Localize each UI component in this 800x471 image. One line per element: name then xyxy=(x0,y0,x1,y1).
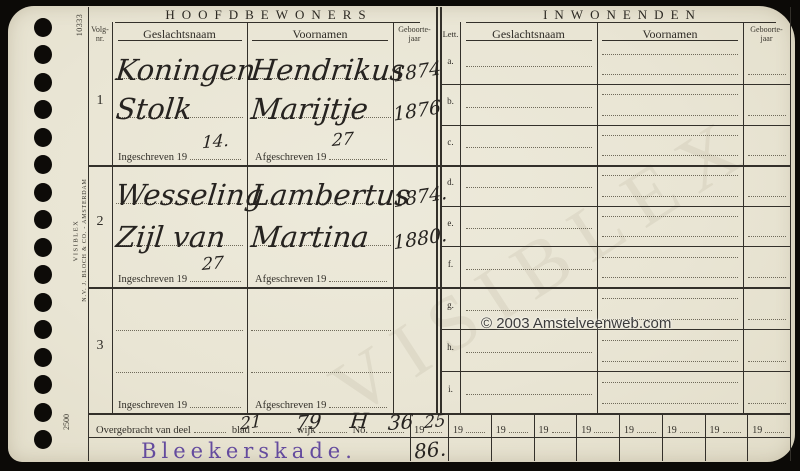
dotted-rule xyxy=(116,330,243,331)
volgnr-value: 2 xyxy=(88,214,112,230)
column-header-geboortejaar-right: Geboorte- jaar xyxy=(743,25,790,43)
ingeschreven-cell: Ingeschreven 19 xyxy=(112,388,247,411)
rule-line xyxy=(466,40,592,41)
dotted-rule xyxy=(602,298,738,299)
punch-hole xyxy=(34,73,52,92)
dotted-rule xyxy=(466,269,592,270)
punch-hole xyxy=(34,183,52,202)
year-column-cell: 19 xyxy=(662,414,705,436)
dotted-rule xyxy=(602,135,738,136)
lodger-letter: b. xyxy=(441,96,460,106)
handwritten-house-number: 86. xyxy=(413,436,447,463)
handwritten-blad: 79 xyxy=(295,409,322,436)
punch-hole xyxy=(34,210,52,229)
dotted-rule xyxy=(748,74,786,75)
volgnr-value: 3 xyxy=(88,338,112,354)
handwritten-first-year: 25 xyxy=(424,411,446,433)
lodger-letter: f. xyxy=(441,259,460,269)
dotted-rule xyxy=(466,394,592,395)
punch-hole xyxy=(34,430,52,449)
dotted-rule xyxy=(602,115,738,116)
dotted-rule xyxy=(602,257,738,258)
rule-line xyxy=(88,165,790,167)
resident-firstnames: Martina xyxy=(249,220,370,254)
punch-hole xyxy=(34,128,52,147)
rule-line xyxy=(441,125,790,126)
lodger-letter: h. xyxy=(441,342,460,352)
dotted-rule xyxy=(602,361,738,362)
rule-line xyxy=(252,40,388,41)
dotted-rule xyxy=(602,196,738,197)
punch-hole xyxy=(34,45,52,64)
rule-line xyxy=(597,22,598,413)
resident-surname: Zijl van xyxy=(114,220,227,254)
lodger-letter: i. xyxy=(441,384,460,394)
handwritten-wijk: H xyxy=(349,409,370,433)
dotted-rule xyxy=(466,66,592,67)
dotted-rule xyxy=(466,147,592,148)
dotted-rule xyxy=(602,216,738,217)
dotted-rule xyxy=(251,330,391,331)
rule-line xyxy=(466,22,776,23)
year-column-cell: 19 xyxy=(534,414,577,436)
rule-line xyxy=(115,22,420,23)
rule-line xyxy=(88,287,790,289)
dotted-rule xyxy=(748,403,786,404)
punch-hole xyxy=(34,348,52,367)
dotted-rule xyxy=(748,361,786,362)
lodger-letter: a. xyxy=(441,56,460,66)
dotted-rule xyxy=(116,372,243,373)
serial-number-bottom: 2500 xyxy=(61,407,71,437)
volgnr-value: 1 xyxy=(88,93,112,109)
rule-line xyxy=(441,246,790,247)
year-column-cell: 19 xyxy=(448,414,491,436)
ingeschreven-cell: Ingeschreven 19 xyxy=(112,262,247,285)
copyright-watermark: © 2003 Amstelveenweb.com xyxy=(481,315,671,332)
afgeschreven-cell: Afgeschreven 19 xyxy=(247,388,393,411)
dotted-rule xyxy=(748,196,786,197)
dotted-rule xyxy=(748,115,786,116)
resident-surname: Stolk xyxy=(114,92,193,126)
dotted-rule xyxy=(602,175,738,176)
dotted-rule xyxy=(748,319,786,320)
resident-surname: Wesseling xyxy=(114,178,265,212)
lodger-letter: d. xyxy=(441,177,460,187)
column-header-volgnr: Volg- nr. xyxy=(88,25,112,43)
punch-hole xyxy=(34,320,52,339)
dotted-rule xyxy=(602,155,738,156)
rule-line xyxy=(441,371,790,372)
punch-hole xyxy=(34,375,52,394)
afgeschreven-cell: Afgeschreven 19 xyxy=(247,262,393,285)
resident-firstnames: Marijtje xyxy=(249,92,369,126)
dotted-rule xyxy=(602,340,738,341)
punch-hole xyxy=(34,18,52,37)
dotted-rule xyxy=(602,74,738,75)
dotted-rule xyxy=(602,54,738,55)
year-column-cell: 19 xyxy=(705,414,748,436)
street-name-stamp: Bleekerskade. xyxy=(88,439,410,463)
handwritten-ingeschreven-year: 27 xyxy=(202,253,225,275)
lodger-letter: g. xyxy=(441,300,460,310)
handwritten-afgeschreven-year: 27 xyxy=(332,129,355,151)
scanned-register-card-page: 10333 VISIBLEX N.V. J. BLOCH & CO. - AMS… xyxy=(0,0,800,471)
afgeschreven-cell: Afgeschreven 19 xyxy=(247,140,393,163)
year-column-cell: 19 xyxy=(576,414,619,436)
punch-hole xyxy=(34,293,52,312)
rule-line xyxy=(118,40,242,41)
resident-surname: Koningen xyxy=(114,53,257,87)
dotted-rule xyxy=(466,107,592,108)
dotted-rule xyxy=(466,310,592,311)
dotted-rule xyxy=(466,352,592,353)
punch-hole xyxy=(34,238,52,257)
punch-hole xyxy=(34,155,52,174)
column-header-geboortejaar-left: Geboorte- jaar xyxy=(393,25,436,43)
dotted-rule xyxy=(748,277,786,278)
section-title-hoofdbewoners: HOOFDBEWONERS xyxy=(88,7,443,23)
dotted-rule xyxy=(602,403,738,404)
rule-line xyxy=(460,22,461,413)
resident-firstnames: Hendrikus xyxy=(249,53,407,87)
resident-firstnames: Lambertus xyxy=(249,178,411,212)
punch-hole xyxy=(34,403,52,422)
rule-line xyxy=(790,413,791,461)
punch-hole xyxy=(34,100,52,119)
dotted-rule xyxy=(748,236,786,237)
rule-line xyxy=(441,84,790,85)
rule-line xyxy=(790,7,791,461)
dotted-rule xyxy=(602,382,738,383)
rule-line xyxy=(112,22,113,413)
dotted-rule xyxy=(602,236,738,237)
rule-line xyxy=(441,206,790,207)
rule-line xyxy=(743,22,744,413)
rule-line xyxy=(88,7,89,461)
brand-imprint: VISIBLEX xyxy=(72,206,81,276)
rule-line xyxy=(602,40,738,41)
year-column-cell: 19 xyxy=(619,414,662,436)
serial-number-top: 10333 xyxy=(74,7,84,43)
column-header-lett: Lett. xyxy=(441,29,460,39)
lodger-letter: e. xyxy=(441,218,460,228)
lodger-letter: c. xyxy=(441,137,460,147)
handwritten-deel: 21 xyxy=(240,411,262,434)
dotted-rule xyxy=(602,277,738,278)
year-column-cell: 19 xyxy=(747,414,790,436)
year-column-cell: 19 xyxy=(491,414,534,436)
dotted-rule xyxy=(251,372,391,373)
dotted-rule xyxy=(466,228,592,229)
dotted-rule xyxy=(748,155,786,156)
handwritten-ingeschreven-year: 14. xyxy=(202,131,230,154)
dotted-rule xyxy=(466,187,592,188)
punch-hole xyxy=(34,265,52,284)
dotted-rule xyxy=(602,94,738,95)
section-title-inwonenden: INWONENDEN xyxy=(441,7,797,23)
